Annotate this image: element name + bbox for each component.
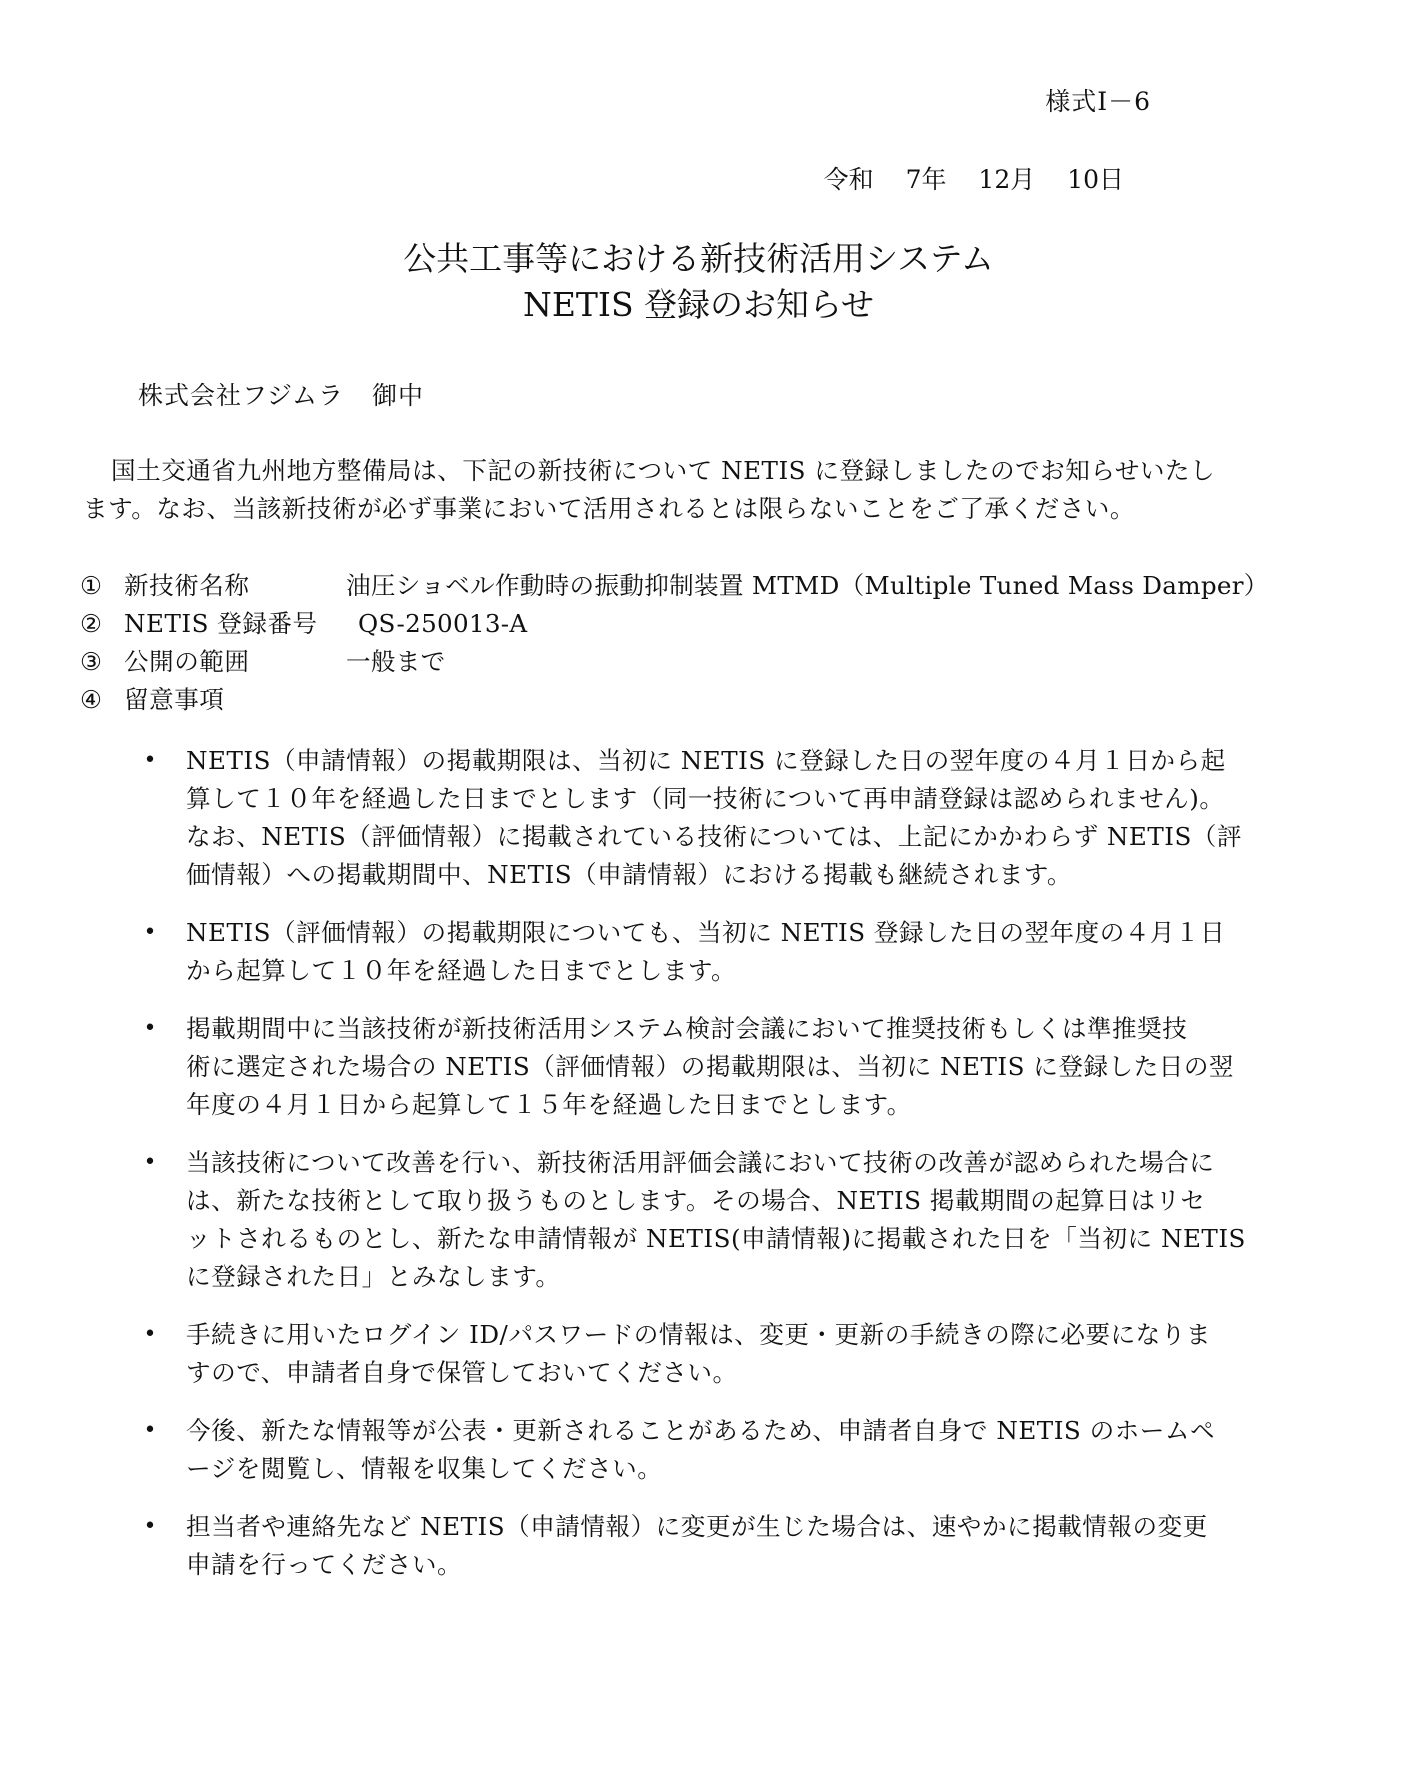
item-number: ②	[80, 605, 124, 643]
note-line: 算して１０年を経過した日までとします（同一技術について再申請登録は認められません…	[186, 780, 1340, 818]
date-era: 令和	[824, 165, 874, 194]
note-line: すので、申請者自身で保管しておいてください。	[186, 1354, 1340, 1392]
note-line: 今後、新たな情報等が公表・更新されることがあるため、申請者自身で NETIS の…	[186, 1412, 1340, 1450]
page-title: 公共工事等における新技術活用システム NETIS 登録のお知らせ	[0, 236, 1409, 328]
bullet-icon: •	[140, 1010, 160, 1048]
note-line: は、新たな技術として取り扱うものとします。その場合、NETIS 掲載期間の起算日…	[186, 1182, 1340, 1220]
item-technology-name: ① 新技術名称 油圧ショベル作動時の振動抑制装置 MTMD（Multiple T…	[80, 567, 1269, 605]
note-line: ットされるものとし、新たな申請情報が NETIS(申請情報)に掲載された日を「当…	[186, 1220, 1340, 1258]
intro-line: ます。なお、当該新技術が必ず事業において活用されるとは限らないことをご了承くださ…	[83, 490, 1318, 528]
note-line: から起算して１０年を経過した日までとします。	[186, 952, 1340, 990]
note-line: 年度の４月１日から起算して１５年を経過した日までとします。	[186, 1086, 1340, 1124]
note-line: 手続きに用いたログイン ID/パスワードの情報は、変更・更新の手続きの際に必要に…	[186, 1316, 1340, 1354]
item-number: ③	[80, 643, 124, 681]
item-label: 留意事項	[124, 681, 346, 719]
bullet-icon: •	[140, 742, 160, 780]
date-month: 12月	[978, 165, 1035, 194]
title-line-2: NETIS 登録のお知らせ	[0, 282, 1409, 328]
date-day: 10日	[1067, 165, 1124, 194]
bullet-icon: •	[140, 1508, 160, 1546]
bullet-icon: •	[140, 1144, 160, 1182]
note-line: 当該技術について改善を行い、新技術活用評価会議において技術の改善が認められた場合…	[186, 1144, 1340, 1182]
note-line: 担当者や連絡先など NETIS（申請情報）に変更が生じた場合は、速やかに掲載情報…	[186, 1508, 1340, 1546]
note-line: 掲載期間中に当該技術が新技術活用システム検討会議において推奨技術もしくは準推奨技	[186, 1010, 1340, 1048]
item-number: ①	[80, 567, 124, 605]
notes-list: • NETIS（申請情報）の掲載期限は、当初に NETIS に登録した日の翌年度…	[140, 742, 1340, 1604]
note-item: • 手続きに用いたログイン ID/パスワードの情報は、変更・更新の手続きの際に必…	[140, 1316, 1340, 1392]
document-page: 様式Ⅰ－6 令和 7年 12月 10日 公共工事等における新技術活用システム N…	[0, 0, 1421, 1783]
bullet-icon: •	[140, 1316, 160, 1354]
bullet-icon: •	[140, 914, 160, 952]
note-line: NETIS（評価情報）の掲載期限についても、当初に NETIS 登録した日の翌年…	[186, 914, 1340, 952]
addressee-company: 株式会社フジムラ	[138, 381, 344, 410]
date-year: 7年	[906, 165, 947, 194]
item-label: 新技術名称	[124, 567, 346, 605]
note-item: • 今後、新たな情報等が公表・更新されることがあるため、申請者自身で NETIS…	[140, 1412, 1340, 1488]
note-item: • 担当者や連絡先など NETIS（申請情報）に変更が生じた場合は、速やかに掲載…	[140, 1508, 1340, 1584]
note-line: 申請を行ってください。	[186, 1546, 1340, 1584]
item-value: QS-250013-A	[358, 605, 527, 643]
note-line: 価情報）への掲載期間中、NETIS（申請情報）における掲載も継続されます。	[186, 856, 1340, 894]
form-id: 様式Ⅰ－6	[1045, 82, 1151, 118]
addressee-honorific: 御中	[372, 381, 424, 410]
bullet-icon: •	[140, 1412, 160, 1450]
item-registration-number: ② NETIS 登録番号 QS-250013-A	[80, 605, 1269, 643]
note-line: に登録された日」とみなします。	[186, 1258, 1340, 1296]
title-line-1: 公共工事等における新技術活用システム	[0, 236, 1409, 282]
intro-line: 国土交通省九州地方整備局は、下記の新技術について NETIS に登録しましたので…	[83, 452, 1318, 490]
item-list: ① 新技術名称 油圧ショベル作動時の振動抑制装置 MTMD（Multiple T…	[80, 567, 1269, 719]
document-date: 令和 7年 12月 10日	[824, 160, 1124, 196]
item-label: 公開の範囲	[124, 643, 346, 681]
note-item: • NETIS（申請情報）の掲載期限は、当初に NETIS に登録した日の翌年度…	[140, 742, 1340, 894]
item-value: 油圧ショベル作動時の振動抑制装置 MTMD（Multiple Tuned Mas…	[346, 567, 1269, 605]
note-line: 術に選定された場合の NETIS（評価情報）の掲載期限は、当初に NETIS に…	[186, 1048, 1340, 1086]
note-item: • 当該技術について改善を行い、新技術活用評価会議において技術の改善が認められた…	[140, 1144, 1340, 1296]
item-disclosure-scope: ③ 公開の範囲 一般まで	[80, 643, 1269, 681]
item-label: NETIS 登録番号	[124, 605, 346, 643]
note-line: ージを閲覧し、情報を収集してください。	[186, 1450, 1340, 1488]
item-number: ④	[80, 681, 124, 719]
addressee: 株式会社フジムラ御中	[138, 376, 424, 412]
note-item: • NETIS（評価情報）の掲載期限についても、当初に NETIS 登録した日の…	[140, 914, 1340, 990]
item-value: 一般まで	[346, 643, 446, 681]
item-notes-heading: ④ 留意事項	[80, 681, 1269, 719]
note-line: なお、NETIS（評価情報）に掲載されている技術については、上記にかかわらず N…	[186, 818, 1340, 856]
note-item: • 掲載期間中に当該技術が新技術活用システム検討会議において推奨技術もしくは準推…	[140, 1010, 1340, 1124]
note-line: NETIS（申請情報）の掲載期限は、当初に NETIS に登録した日の翌年度の４…	[186, 742, 1340, 780]
intro-paragraph: 国土交通省九州地方整備局は、下記の新技術について NETIS に登録しましたので…	[83, 452, 1318, 528]
